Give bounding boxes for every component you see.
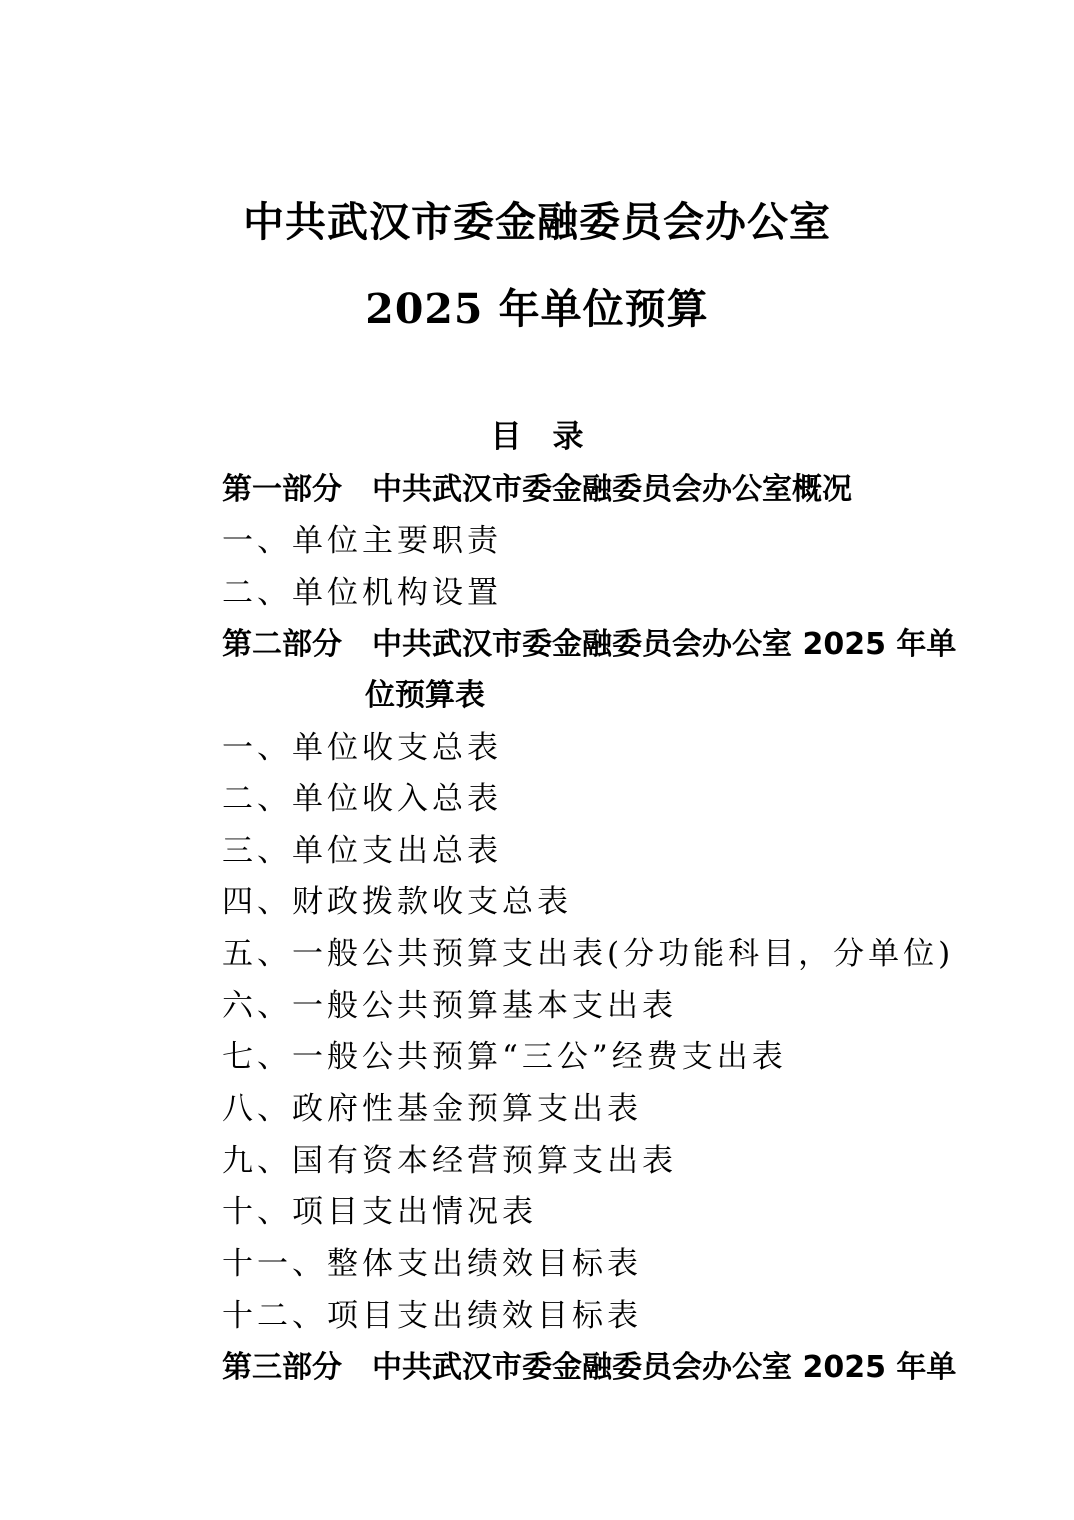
toc-entry: 七、一般公共预算“三公”经费支出表 [222, 1028, 942, 1080]
toc-entry: 十二、项目支出绩效目标表 [222, 1286, 942, 1338]
toc-entry: 二、单位机构设置 [222, 563, 942, 615]
toc-entry: 五、一般公共预算支出表(分功能科目，分单位) [222, 925, 942, 977]
document-title-line-1: 中共武汉市委金融委员会办公室 [0, 200, 1074, 245]
toc-part-2-heading-wrap: 位预算表 [222, 667, 942, 719]
toc-entry: 二、单位收入总表 [222, 770, 942, 822]
table-of-contents: 第一部分 中共武汉市委金融委员会办公室概况 一、单位主要职责 二、单位机构设置 … [222, 460, 942, 1390]
toc-part-1-heading: 第一部分 中共武汉市委金融委员会办公室概况 [222, 460, 942, 512]
document-title-line-2: 2025 年单位预算 [0, 287, 1074, 332]
toc-part-3-heading: 第三部分 中共武汉市委金融委员会办公室 2025 年单 [222, 1338, 942, 1390]
toc-entry: 三、单位支出总表 [222, 821, 942, 873]
toc-entry: 六、一般公共预算基本支出表 [222, 976, 942, 1028]
toc-entry: 八、政府性基金预算支出表 [222, 1080, 942, 1132]
toc-entry: 四、财政拨款收支总表 [222, 873, 942, 925]
toc-entry: 十一、整体支出绩效目标表 [222, 1235, 942, 1287]
document-page: 中共武汉市委金融委员会办公室 2025 年单位预算 目 录 第一部分 中共武汉市… [0, 0, 1074, 1520]
toc-part-2-heading: 第二部分 中共武汉市委金融委员会办公室 2025 年单 [222, 615, 942, 667]
toc-entry: 一、单位主要职责 [222, 512, 942, 564]
toc-entry: 一、单位收支总表 [222, 718, 942, 770]
toc-entry: 九、国有资本经营预算支出表 [222, 1131, 942, 1183]
toc-entry: 十、项目支出情况表 [222, 1183, 942, 1235]
toc-heading: 目 录 [0, 420, 1074, 456]
